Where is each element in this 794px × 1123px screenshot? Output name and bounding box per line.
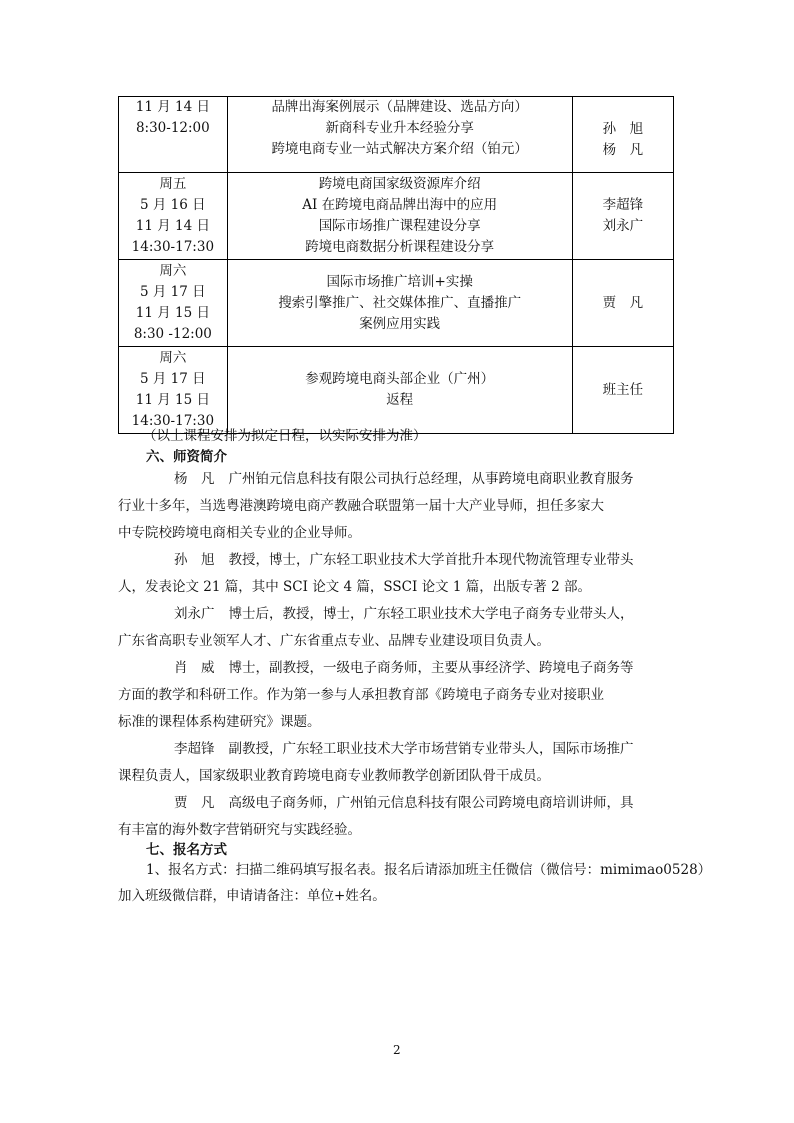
teacher-cell: 贾 凡 (572, 260, 673, 347)
schedule-row: 周六 5 月 17 日 11 月 15 日 14:30-17:30 参观跨境电商… (119, 347, 674, 434)
bio-paragraph: 刘永广博士后，教授，博士，广东轻工职业技术大学电子商务专业带头人， 广东省高职专… (118, 601, 674, 655)
teacher-cell: 班主任 (572, 347, 673, 434)
bio-paragraph: 肖 威博士，副教授，一级电子商务师，主要从事经济学、跨境电子商务等 方面的教学和… (118, 655, 674, 736)
schedule-row: 11 月 14 日 8:30-12:00 品牌出海案例展示（品牌建设、选品方向）… (119, 97, 674, 173)
bio-name: 贾 凡 (174, 790, 215, 817)
bio-paragraph: 李超锋副教授，广东轻工职业技术大学市场营销专业带头人，国际市场推广 课程负责人，… (118, 736, 674, 790)
content-cell: 品牌出海案例展示（品牌建设、选品方向） 新商科专业升本经验分享 跨境电商专业一站… (227, 97, 572, 173)
registration-paragraph: 1、报名方式：扫描二维码填写报名表。报名后请添加班主任微信（微信号：mimima… (118, 857, 674, 909)
date-cell: 周六 5 月 17 日 11 月 15 日 14:30-17:30 (119, 347, 228, 434)
page-number: 2 (393, 1043, 401, 1057)
schedule-row: 周五 5 月 16 日 11 月 14 日 14:30-17:30 跨境电商国家… (119, 173, 674, 260)
section-heading-faculty: 六、师资简介 (146, 445, 227, 465)
date-cell: 11 月 14 日 8:30-12:00 (119, 97, 228, 173)
date-cell: 周六 5 月 17 日 11 月 15 日 8:30 -12:00 (119, 260, 228, 347)
document-page: 11 月 14 日 8:30-12:00 品牌出海案例展示（品牌建设、选品方向）… (0, 0, 794, 1123)
content-cell: 国际市场推广培训+实操 搜索引擎推广、社交媒体推广、直播推广 案例应用实践 (227, 260, 572, 347)
bio-name: 肖 威 (174, 655, 215, 682)
date-cell: 周五 5 月 16 日 11 月 14 日 14:30-17:30 (119, 173, 228, 260)
bio-paragraph: 贾 凡高级电子商务师，广州铂元信息科技有限公司跨境电商培训讲师，具 有丰富的海外… (118, 790, 674, 844)
bio-paragraph: 孙 旭教授，博士，广东轻工职业技术大学首批升本现代物流管理专业带头 人，发表论文… (118, 547, 674, 601)
bio-name: 刘永广 (174, 601, 215, 628)
content-cell: 跨境电商国家级资源库介绍 AI 在跨境电商品牌出海中的应用 国际市场推广课程建设… (227, 173, 572, 260)
bio-name: 李超锋 (174, 736, 215, 763)
schedule-row: 周六 5 月 17 日 11 月 15 日 8:30 -12:00 国际市场推广… (119, 260, 674, 347)
bio-name: 孙 旭 (174, 547, 215, 574)
bio-name: 杨 凡 (174, 466, 215, 493)
schedule-table: 11 月 14 日 8:30-12:00 品牌出海案例展示（品牌建设、选品方向）… (118, 96, 674, 434)
section-heading-registration: 七、报名方式 (146, 838, 227, 858)
teacher-cell: 李超锋 刘永广 (572, 173, 673, 260)
content-cell: 参观跨境电商头部企业（广州） 返程 (227, 347, 572, 434)
schedule-note: （以上课程安排为拟定日程，以实际安排为准） (143, 424, 427, 444)
bio-paragraph: 杨 凡广州铂元信息科技有限公司执行总经理，从事跨境电商职业教育服务 行业十多年，… (118, 466, 674, 547)
teacher-cell: 孙 旭 杨 凡 (572, 97, 673, 173)
